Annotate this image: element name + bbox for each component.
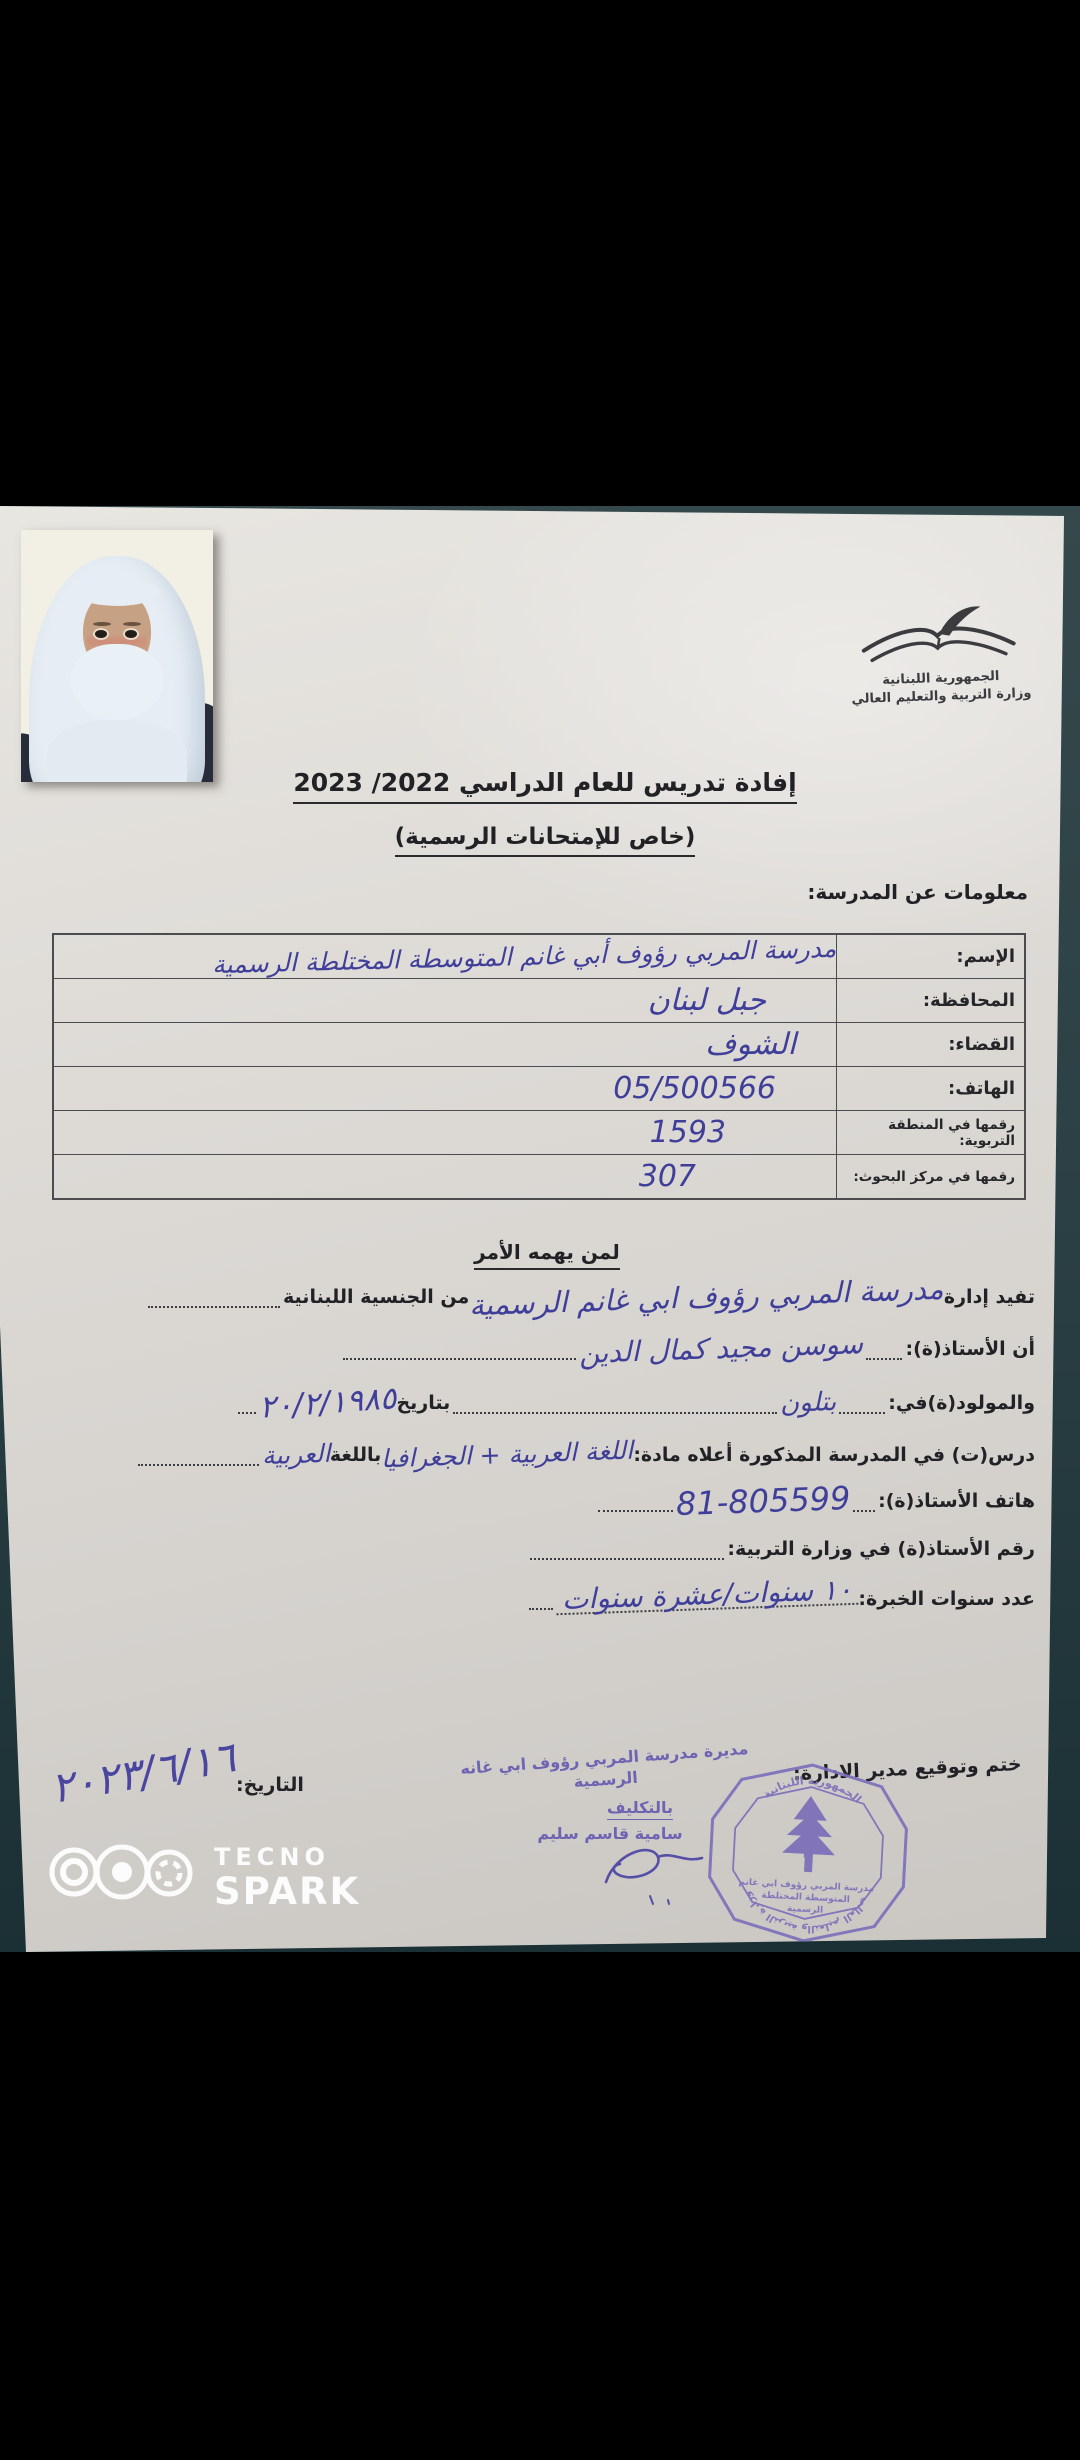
table-row: الإسم: مدرسة المربي رؤوف أبي غانم المتوس… [54,935,1024,979]
row-label: الإسم: [836,935,1024,978]
portrait-photo [21,530,213,782]
eye-shape [95,630,107,638]
svg-text:مدرسة المربي رؤوف ابي غانم: مدرسة المربي رؤوف ابي غانم [738,1877,874,1894]
document-subtitle: (خاص للإمتحانات الرسمية) [10,824,1080,850]
dotted-leader [453,1407,777,1414]
certify-line-6: رقم الأستاذ(ة) في وزارة التربية: [527,1538,1035,1560]
cedar-seal-icon: الجمهورية اللبنانية وزارة التربية والتعل… [701,1757,915,1949]
tecno-logo-icon [48,1842,200,1904]
watermark-text: TECNO SPARK [214,1842,360,1912]
certify-line-3: والمولود(ة)في: بتلون بتاريخ ٢٠/٢/١٩٨٥ [235,1392,1035,1414]
eye-shape [125,630,137,638]
school-info-table: الإسم: مدرسة المربي رؤوف أبي غانم المتوس… [52,933,1026,1200]
dotted-leader [839,1407,885,1414]
document-paper: الجمهورية اللبنانية وزارة التربية والتعل… [0,506,1080,1952]
certify-line-7: عدد سنوات الخبرة: ١٠ سنوات/عشرة سنوات [475,1584,1035,1610]
dotted-leader [343,1353,576,1360]
dotted-leader [598,1505,673,1512]
table-row: رقمها في مركز البحوث: 307 [54,1155,1024,1198]
dotted-leader [530,1553,724,1560]
table-row: رقمها في المنطقة التربوية: 1593 [54,1111,1024,1155]
row-value: مدرسة المربي رؤوف أبي غانم المتوسطة المخ… [54,935,836,978]
date-label: التاريخ: [236,1774,304,1796]
certify-line-2: أن الأستاذ(ة): سوسن مجيد كمال الدين [340,1338,1035,1360]
brand-name: TECNO [214,1842,360,1872]
table-row: المحافظة: جبل لبنان [54,979,1024,1023]
letterbox-bottom [0,1952,1080,2460]
photographed-scene: الجمهورية اللبنانية وزارة التربية والتعل… [0,506,1080,1952]
row-label: رقمها في مركز البحوث: [836,1155,1024,1198]
screenshot-root: الجمهورية اللبنانية وزارة التربية والتعل… [0,0,1080,2460]
dotted-leader [866,1353,902,1360]
eyebrow-shape [123,622,141,626]
row-label: الهاتف: [836,1067,1024,1110]
row-label: القضاء: [836,1023,1024,1066]
table-row: الهاتف: 05/500566 [54,1067,1024,1111]
open-book-quill-icon [856,601,1022,669]
dotted-leader [148,1301,280,1308]
row-value: جبل لبنان [54,979,836,1022]
eyebrow-shape [93,622,111,626]
school-info-heading: معلومات عن المدرسة: [807,880,1028,904]
hijab-edge-shape [75,578,159,606]
row-value: 1593 [54,1111,836,1154]
niqab-shape [71,644,163,720]
director-ink-line-3: سامية قاسم سليم [520,1824,700,1843]
director-ink-line-2: بالتكليف [560,1798,720,1817]
ministry-logo: الجمهورية اللبنانية وزارة التربية والتعل… [826,600,1053,710]
row-value: الشوف [54,1023,836,1066]
row-value: 05/500566 [54,1067,836,1110]
certify-line-1: تفيد إدارة مدرسة المربي رؤوف ابي غانم ال… [145,1286,1035,1308]
certify-line-5: هاتف الأستاذ(ة): 81-805599 [595,1490,1035,1512]
table-row: القضاء: الشوف [54,1023,1024,1067]
letterbox-top [0,0,1080,506]
dotted-leader [853,1505,875,1512]
svg-text:المتوسطة المختلطة: المتوسطة المختلطة [761,1891,850,1906]
cedar-tree-icon [781,1795,838,1874]
signature-icon [598,1842,716,1908]
model-name: SPARK [214,1872,360,1912]
row-label: رقمها في المنطقة التربوية: [836,1111,1024,1154]
row-label: المحافظة: [836,979,1024,1022]
concern-heading: لمن يهمه الأمر [12,1240,1080,1264]
dotted-leader [529,1603,553,1610]
document-title: إفادة تدريس للعام الدراسي 2022/ 2023 [10,768,1080,797]
dotted-leader [138,1459,259,1466]
svg-text:الرسمية: الرسمية [787,1904,824,1916]
row-value: 307 [54,1155,836,1198]
dotted-leader [238,1407,256,1414]
handwritten-date: ٢٠٢٣/٦/١٦ [47,1732,239,1813]
camera-watermark: TECNO SPARK [48,1842,360,1912]
certify-line-4: درس(ت) في المدرسة المذكورة أعلاه مادة: ا… [135,1444,1035,1466]
